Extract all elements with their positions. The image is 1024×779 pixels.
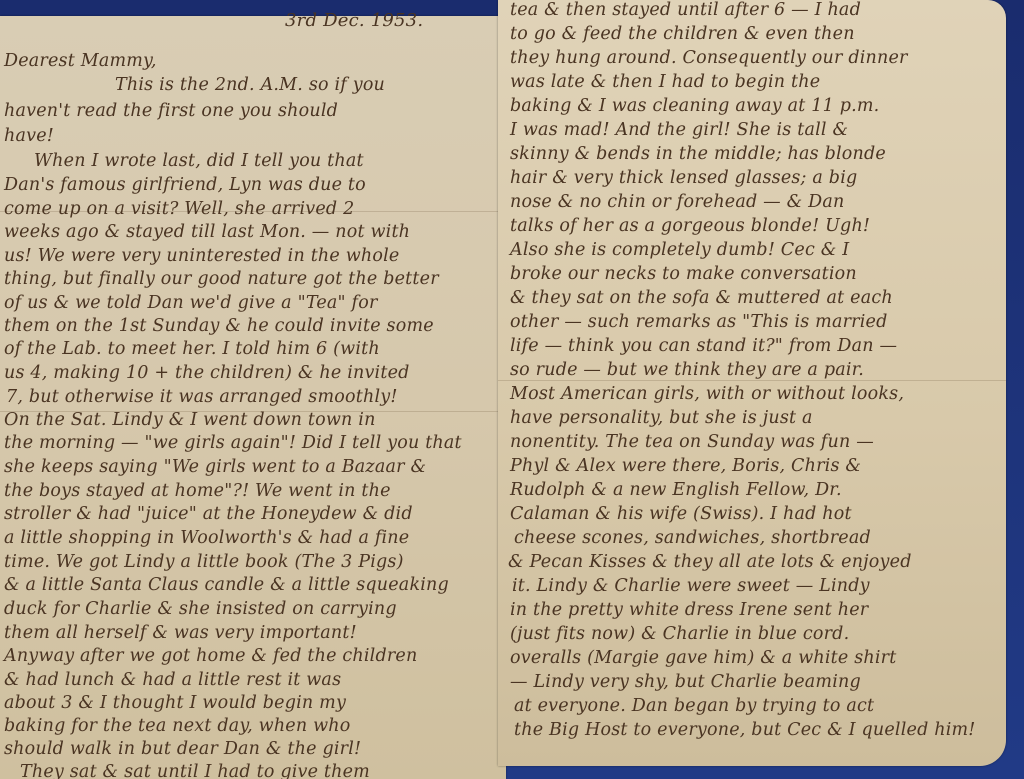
letter-line: us 4, making 10 + the children) & he inv… [4,365,410,383]
letter-line: us! We were very uninterested in the who… [4,248,399,266]
letter-line: broke our necks to make conversation [510,266,857,284]
letter-line: about 3 & I thought I would begin my [4,695,346,713]
letter-line: so rude — but we think they are a pair. [510,362,864,380]
letter-line: skinny & bends in the middle; has blonde [510,146,886,164]
letter-line: When I wrote last, did I tell you that [34,153,364,171]
letter-line: to go & feed the children & even then [510,26,855,44]
letter-line: cheese scones, sandwiches, shortbread [514,530,871,548]
letter-line: & a little Santa Claus candle & a little… [4,577,449,595]
letter-line: them all herself & was very important! [4,625,357,643]
letter-line: have! [4,128,54,146]
letter-line: nonentity. The tea on Sunday was fun — [510,434,874,452]
letter-line: baking for the tea next day, when who [4,718,350,736]
letter-line: & had lunch & had a little rest it was [4,672,341,690]
letter-line: I was mad! And the girl! She is tall & [510,122,848,140]
letter-photo: 3rd Dec. 1953. Dearest Mammy, This is th… [0,0,1024,779]
letter-line: On the Sat. Lindy & I went down town in [4,412,376,430]
letter-line: a little shopping in Woolworth's & had a… [4,530,409,548]
letter-line: haven't read the first one you should [4,103,338,121]
letter-line: other — such remarks as "This is married [510,314,888,332]
letter-line: Phyl & Alex were there, Boris, Chris & [510,458,861,476]
letter-line: Calaman & his wife (Swiss). I had hot [510,506,852,524]
letter-line: of us & we told Dan we'd give a "Tea" fo… [4,295,378,313]
letter-line: they hung around. Consequently our dinne… [510,50,908,68]
letter-line: come up on a visit? Well, she arrived 2 [4,201,354,219]
letter-line: the boys stayed at home"?! We went in th… [4,483,391,501]
letter-line: Rudolph & a new English Fellow, Dr. [510,482,842,500]
letter-line: This is the 2nd. A.M. so if you [115,77,385,95]
letter-line: thing, but finally our good nature got t… [4,271,439,289]
letter-line: life — think you can stand it?" from Dan… [510,338,897,356]
letter-line: them on the 1st Sunday & he could invite… [4,318,434,336]
letter-line: was late & then I had to begin the [510,74,820,92]
letter-line: she keeps saying "We girls went to a Baz… [4,459,426,477]
letter-line: 7, but otherwise it was arranged smoothl… [6,389,398,407]
letter-line: in the pretty white dress Irene sent her [510,602,868,620]
letter-line: Most American girls, with or without loo… [510,386,904,404]
letter-line: They sat & sat until I had to give them [20,764,370,779]
letter-line: overalls (Margie gave him) & a white shi… [510,650,896,668]
letter-line: have personality, but she is just a [510,410,813,428]
letter-line: — Lindy very shy, but Charlie beaming [510,674,861,692]
paper-fold-line [498,380,1006,381]
letter-date: 3rd Dec. 1953. [285,12,423,30]
letter-line: (just fits now) & Charlie in blue cord. [510,626,849,644]
letter-line: at everyone. Dan began by trying to act [514,698,874,716]
letter-line: duck for Charlie & she insisted on carry… [4,601,397,619]
letter-line: tea & then stayed until after 6 — I had [510,2,861,20]
letter-line: Also she is completely dumb! Cec & I [510,242,849,260]
letter-line: Anyway after we got home & fed the child… [4,648,417,666]
letter-line: Dan's famous girlfriend, Lyn was due to [4,177,366,195]
letter-line: should walk in but dear Dan & the girl! [4,741,361,759]
letter-line: weeks ago & stayed till last Mon. — not … [4,224,410,242]
letter-line: the morning — "we girls again"! Did I te… [4,435,462,453]
salutation: Dearest Mammy, [4,53,157,71]
letter-page-right: tea & then stayed until after 6 — I had … [498,0,1006,766]
letter-line: & Pecan Kisses & they all ate lots & enj… [508,554,912,572]
letter-line: it. Lindy & Charlie were sweet — Lindy [512,578,870,596]
letter-line: baking & I was cleaning away at 11 p.m. [510,98,879,116]
letter-line: hair & very thick lensed glasses; a big [510,170,857,188]
letter-line: nose & no chin or forehead — & Dan [510,194,844,212]
letter-line: time. We got Lindy a little book (The 3 … [4,554,404,572]
letter-page-left: 3rd Dec. 1953. Dearest Mammy, This is th… [0,16,506,779]
letter-line: of the Lab. to meet her. I told him 6 (w… [4,341,380,359]
letter-line: talks of her as a gorgeous blonde! Ugh! [510,218,870,236]
letter-line: & they sat on the sofa & muttered at eac… [510,290,893,308]
letter-line: stroller & had "juice" at the Honeydew &… [4,506,413,524]
letter-line: the Big Host to everyone, but Cec & I qu… [514,722,976,740]
